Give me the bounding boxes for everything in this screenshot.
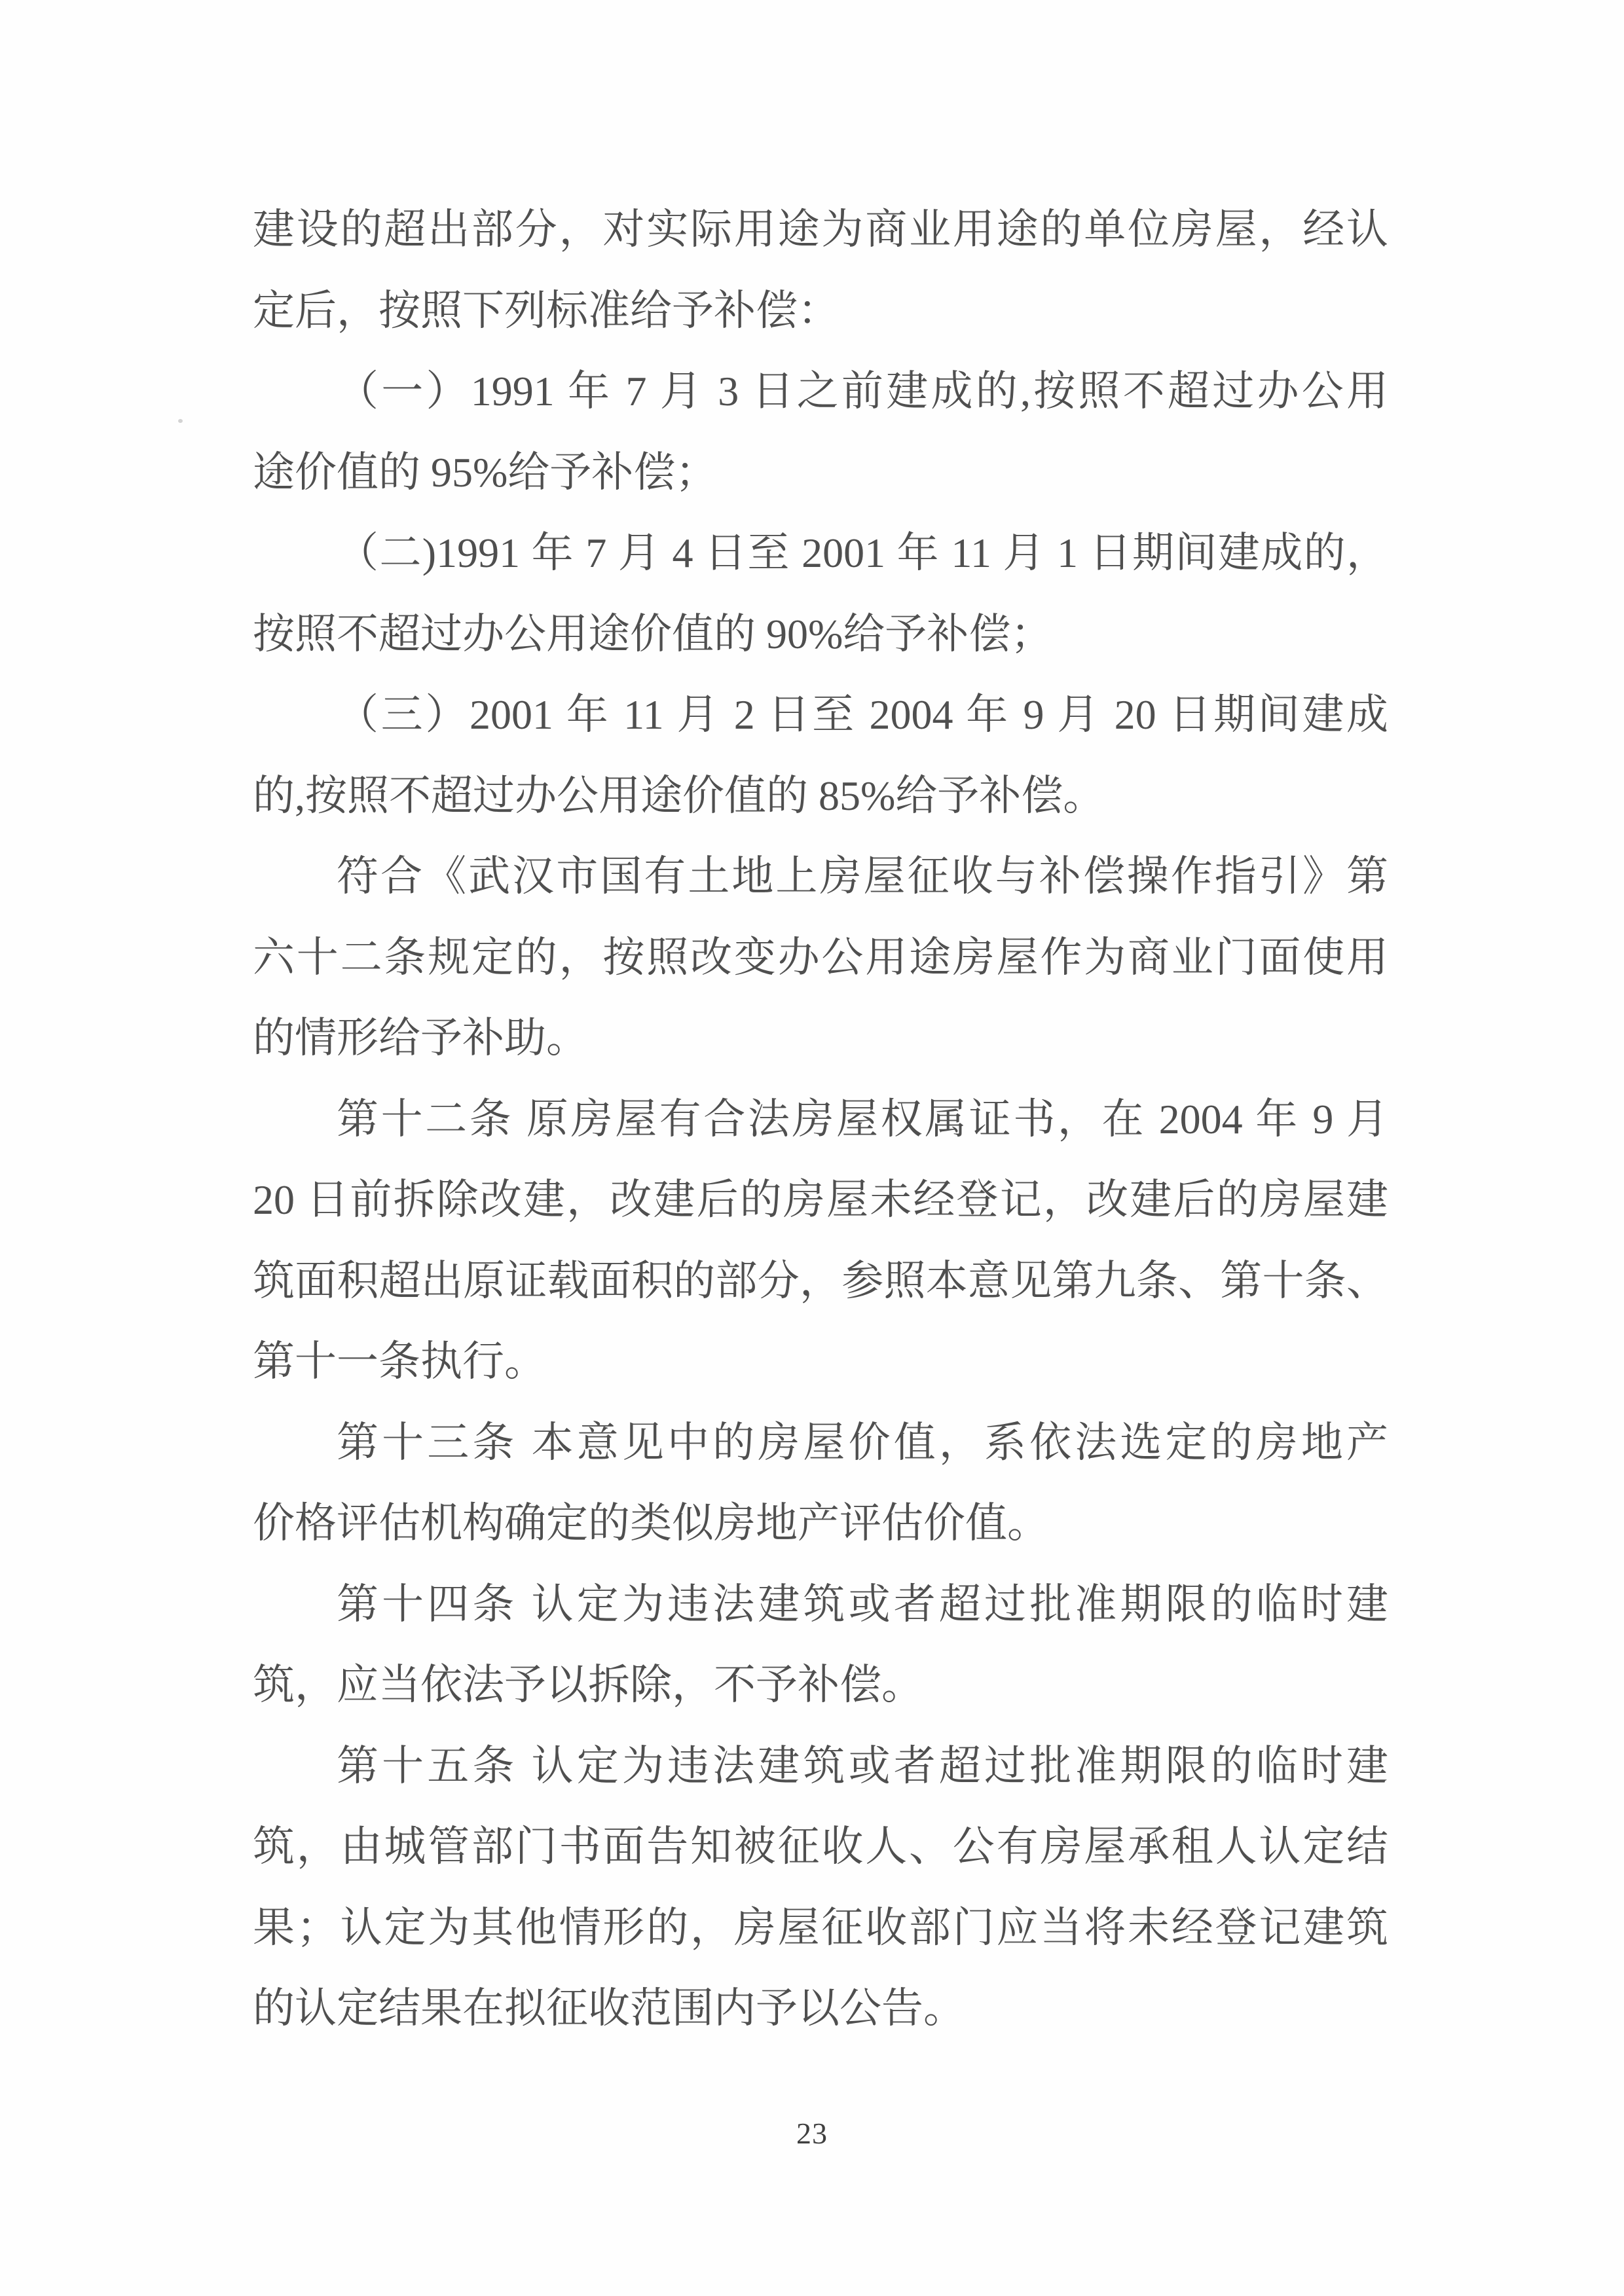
paragraph: 第十二条 原房屋有合法房屋权属证书，在 2004 年 9 月20 日前拆除改建，…	[253, 1079, 1388, 1402]
paragraph: （三）2001 年 11 月 2 日至 2004 年 9 月 20 日期间建成的…	[253, 674, 1388, 836]
text-line: 第十四条 认定为违法建筑或者超过批准期限的临时建	[253, 1564, 1388, 1645]
text-line: 价格评估机构确定的类似房地产评估价值。	[253, 1483, 1388, 1564]
text-line: 符合《武汉市国有土地上房屋征收与补偿操作指引》第	[253, 836, 1388, 917]
paragraph: 第十三条 本意见中的房屋价值，系依法选定的房地产价格评估机构确定的类似房地产评估…	[253, 1402, 1388, 1564]
text-line: 筑，应当依法予以拆除，不予补偿。	[253, 1645, 1388, 1726]
scan-speck	[178, 419, 183, 423]
text-line: 按照不超过办公用途价值的 90%给予补偿；	[253, 594, 1388, 675]
text-line: 第十一条执行。	[253, 1321, 1388, 1402]
text-line: 的,按照不超过办公用途价值的 85%给予补偿。	[253, 756, 1388, 837]
text-line: 的情形给予补助。	[253, 998, 1388, 1079]
text-line: 第十三条 本意见中的房屋价值，系依法选定的房地产	[253, 1402, 1388, 1484]
document-body: 建设的超出部分，对实际用途为商业用途的单位房屋，经认定后，按照下列标准给予补偿：…	[253, 189, 1388, 2049]
text-line: 途价值的 95%给予补偿；	[253, 432, 1388, 513]
text-line: （三）2001 年 11 月 2 日至 2004 年 9 月 20 日期间建成	[253, 674, 1388, 756]
page-number: 23	[0, 2116, 1624, 2151]
text-line: 的认定结果在拟征收范围内予以公告。	[253, 1968, 1388, 2049]
text-line: 筑面积超出原证载面积的部分，参照本意见第九条、第十条、	[253, 1241, 1388, 1322]
text-line: 定后，按照下列标准给予补偿：	[253, 270, 1388, 352]
paragraph: （二)1991 年 7 月 4 日至 2001 年 11 月 1 日期间建成的，…	[253, 513, 1388, 674]
paragraph: （一）1991 年 7 月 3 日之前建成的,按照不超过办公用途价值的 95%给…	[253, 351, 1388, 513]
paragraph: 建设的超出部分，对实际用途为商业用途的单位房屋，经认定后，按照下列标准给予补偿：	[253, 189, 1388, 351]
paragraph: 符合《武汉市国有土地上房屋征收与补偿操作指引》第六十二条规定的，按照改变办公用途…	[253, 836, 1388, 1079]
text-line: （一）1991 年 7 月 3 日之前建成的,按照不超过办公用	[253, 351, 1388, 432]
text-line: （二)1991 年 7 月 4 日至 2001 年 11 月 1 日期间建成的，	[253, 513, 1388, 594]
paragraph: 第十四条 认定为违法建筑或者超过批准期限的临时建筑，应当依法予以拆除，不予补偿。	[253, 1564, 1388, 1726]
text-line: 第十五条 认定为违法建筑或者超过批准期限的临时建	[253, 1726, 1388, 1807]
paragraph: 第十五条 认定为违法建筑或者超过批准期限的临时建筑，由城管部门书面告知被征收人、…	[253, 1726, 1388, 2049]
document-page: 建设的超出部分，对实际用途为商业用途的单位房屋，经认定后，按照下列标准给予补偿：…	[0, 0, 1624, 2296]
text-line: 第十二条 原房屋有合法房屋权属证书，在 2004 年 9 月	[253, 1079, 1388, 1160]
text-line: 果；认定为其他情形的，房屋征收部门应当将未经登记建筑	[253, 1887, 1388, 1969]
text-line: 20 日前拆除改建，改建后的房屋未经登记，改建后的房屋建	[253, 1159, 1388, 1241]
text-line: 筑，由城管部门书面告知被征收人、公有房屋承租人认定结	[253, 1806, 1388, 1887]
text-line: 建设的超出部分，对实际用途为商业用途的单位房屋，经认	[253, 189, 1388, 270]
text-line: 六十二条规定的，按照改变办公用途房屋作为商业门面使用	[253, 917, 1388, 998]
